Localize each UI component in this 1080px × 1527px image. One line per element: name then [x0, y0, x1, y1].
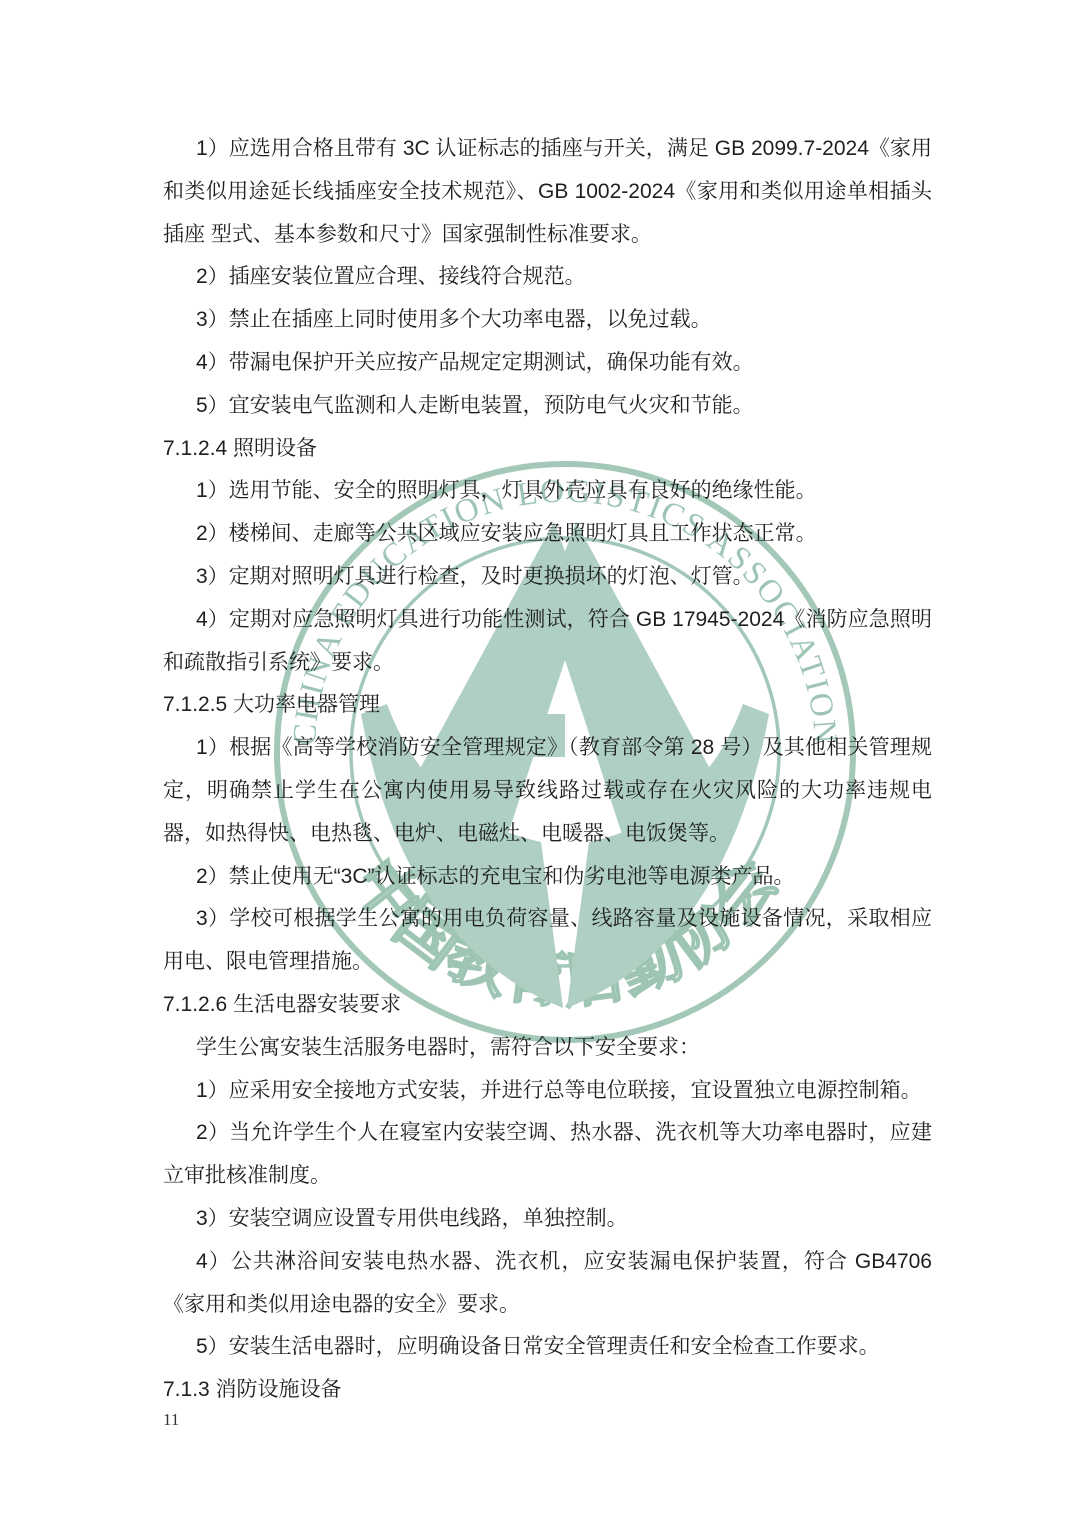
section-heading: 7.1.2.4 照明设备 [163, 428, 932, 471]
paragraph: 2）当允许学生个人在寝室内安装空调、热水器、洗衣机等大功率电器时，应建立审批核准… [163, 1112, 932, 1198]
paragraph: 1）根据《高等学校消防安全管理规定》（教育部令第 28 号）及其他相关管理规定，… [163, 727, 932, 855]
paragraph: 2）插座安装位置应合理、接线符合规范。 [163, 256, 932, 299]
paragraph: 4）公共淋浴间安装电热水器、洗衣机，应安装漏电保护装置，符合 GB4706《家用… [163, 1241, 932, 1327]
document-page: CHINA EDUCATION LOGISTICS ASSOCIATION 中国… [0, 0, 1080, 1527]
paragraph: 3）安装空调应设置专用供电线路，单独控制。 [163, 1198, 932, 1241]
paragraph: 1）选用节能、安全的照明灯具，灯具外壳应具有良好的绝缘性能。 [163, 470, 932, 513]
paragraph: 学生公寓安装生活服务电器时，需符合以下安全要求： [163, 1027, 932, 1070]
paragraph: 4）带漏电保护开关应按产品规定定期测试，确保功能有效。 [163, 342, 932, 385]
paragraph: 1）应采用安全接地方式安装，并进行总等电位联接，宜设置独立电源控制箱。 [163, 1070, 932, 1113]
paragraph: 3）学校可根据学生公寓的用电负荷容量、线路容量及设施设备情况，采取相应用电、限电… [163, 898, 932, 984]
document-body: 1）应选用合格且带有 3C 认证标志的插座与开关，满足 GB 2099.7-20… [163, 128, 932, 1412]
page-number: 11 [163, 1410, 179, 1430]
paragraph: 3）定期对照明灯具进行检查，及时更换损坏的灯泡、灯管。 [163, 556, 932, 599]
paragraph: 2）楼梯间、走廊等公共区域应安装应急照明灯具且工作状态正常。 [163, 513, 932, 556]
section-heading: 7.1.2.5 大功率电器管理 [163, 684, 932, 727]
paragraph: 2）禁止使用无“3C”认证标志的充电宝和伪劣电池等电源类产品。 [163, 856, 932, 899]
paragraph: 4）定期对应急照明灯具进行功能性测试，符合 GB 17945-2024《消防应急… [163, 599, 932, 685]
paragraph: 5）宜安装电气监测和人走断电装置，预防电气火灾和节能。 [163, 385, 932, 428]
section-heading: 7.1.3 消防设施设备 [163, 1369, 932, 1412]
section-heading: 7.1.2.6 生活电器安装要求 [163, 984, 932, 1027]
paragraph: 1）应选用合格且带有 3C 认证标志的插座与开关，满足 GB 2099.7-20… [163, 128, 932, 256]
paragraph: 3）禁止在插座上同时使用多个大功率电器，以免过载。 [163, 299, 932, 342]
paragraph: 5）安装生活电器时，应明确设备日常安全管理责任和安全检查工作要求。 [163, 1326, 932, 1369]
